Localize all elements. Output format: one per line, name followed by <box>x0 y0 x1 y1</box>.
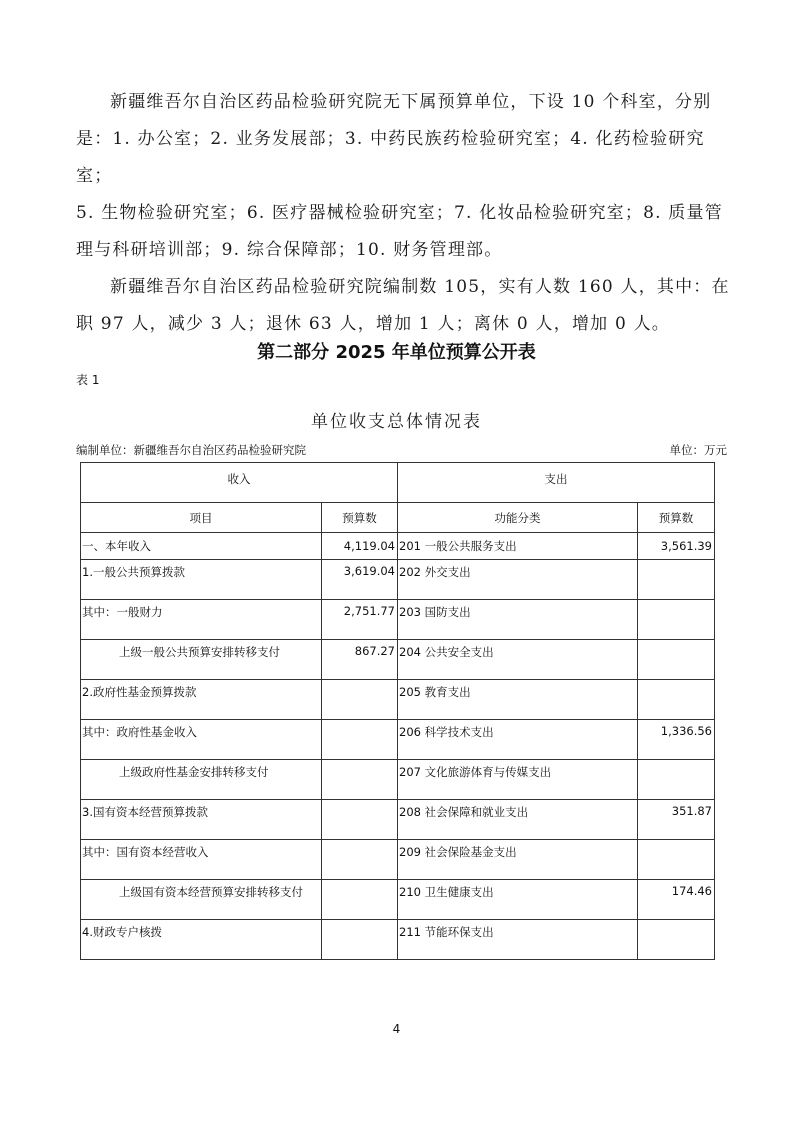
header-income-amount: 预算数 <box>322 503 398 533</box>
income-item: 上级国有资本经营预算安排转移支付 <box>81 880 322 920</box>
income-item: 其中：政府性基金收入 <box>81 720 322 760</box>
table-row: 一、本年收入 4,119.04 201 一般公共服务支出 3,561.39 <box>81 533 715 560</box>
table-row: 1.一般公共预算拨款 3,619.04 202 外交支出 <box>81 560 715 600</box>
text-line: 5. 生物检验研究室；6. 医疗器械检验研究室；7. 化妆品检验研究室；8. 质… <box>76 195 726 232</box>
expenditure-amount <box>638 600 715 640</box>
expenditure-amount: 1,336.56 <box>638 720 715 760</box>
expenditure-item: 203 国防支出 <box>398 600 638 640</box>
income-amount <box>322 880 398 920</box>
currency-unit: 单位：万元 <box>670 441 728 459</box>
expenditure-amount <box>638 560 715 600</box>
expenditure-item: 210 卫生健康支出 <box>398 880 638 920</box>
table-row: 其中：国有资本经营收入 209 社会保险基金支出 <box>81 840 715 880</box>
budget-summary-table: 收入 支出 项目 预算数 功能分类 预算数 一、本年收入 4,119.04 20… <box>80 462 715 960</box>
expenditure-item: 211 节能环保支出 <box>398 920 638 960</box>
table-row: 4.财政专户核拨 211 节能环保支出 <box>81 920 715 960</box>
table-number: 表 1 <box>76 370 99 390</box>
income-amount <box>322 800 398 840</box>
text-line: 理与科研培训部；9. 综合保障部；10. 财务管理部。 <box>76 232 726 269</box>
expenditure-item: 201 一般公共服务支出 <box>398 533 638 560</box>
income-amount <box>322 760 398 800</box>
income-amount <box>322 840 398 880</box>
expenditure-item: 208 社会保障和就业支出 <box>398 800 638 840</box>
expenditure-amount: 3,561.39 <box>638 533 715 560</box>
income-amount: 3,619.04 <box>322 560 398 600</box>
income-item: 其中：一般财力 <box>81 600 322 640</box>
expenditure-amount <box>638 840 715 880</box>
expenditure-amount <box>638 760 715 800</box>
text-line: 室； <box>76 158 726 195</box>
expenditure-item: 204 公共安全支出 <box>398 640 638 680</box>
income-item: 4.财政专户核拨 <box>81 920 322 960</box>
table-row: 2.政府性基金预算拨款 205 教育支出 <box>81 680 715 720</box>
intro-paragraph-staffing: 新疆维吾尔自治区药品检验研究院编制数 105，实有人数 160 人，其中：在 职… <box>76 269 726 343</box>
text-line: 新疆维吾尔自治区药品检验研究院无下属预算单位，下设 10 个科室，分别 <box>76 84 726 121</box>
income-amount <box>322 720 398 760</box>
expenditure-amount: 174.46 <box>638 880 715 920</box>
header-expenditure-amount: 预算数 <box>638 503 715 533</box>
income-item: 2.政府性基金预算拨款 <box>81 680 322 720</box>
table-row: 其中：一般财力 2,751.77 203 国防支出 <box>81 600 715 640</box>
expenditure-item: 209 社会保险基金支出 <box>398 840 638 880</box>
text-line: 新疆维吾尔自治区药品检验研究院编制数 105，实有人数 160 人，其中：在 <box>76 269 726 306</box>
text-line: 是：1. 办公室；2. 业务发展部；3. 中药民族药检验研究室；4. 化药检验研… <box>76 121 726 158</box>
income-amount: 867.27 <box>322 640 398 680</box>
table-row: 3.国有资本经营预算拨款 208 社会保障和就业支出 351.87 <box>81 800 715 840</box>
expenditure-amount: 351.87 <box>638 800 715 840</box>
header-income: 收入 <box>81 463 398 503</box>
income-amount: 2,751.77 <box>322 600 398 640</box>
table-row: 上级一般公共预算安排转移支付 867.27 204 公共安全支出 <box>81 640 715 680</box>
expenditure-amount <box>638 920 715 960</box>
table-row: 上级国有资本经营预算安排转移支付 210 卫生健康支出 174.46 <box>81 880 715 920</box>
intro-paragraph-departments: 新疆维吾尔自治区药品检验研究院无下属预算单位，下设 10 个科室，分别 是：1.… <box>76 84 726 269</box>
expenditure-item: 207 文化旅游体育与传媒支出 <box>398 760 638 800</box>
header-expenditure: 支出 <box>398 463 715 503</box>
compiling-unit: 编制单位：新疆维吾尔自治区药品检验研究院 <box>76 441 306 459</box>
expenditure-amount <box>638 640 715 680</box>
header-item: 项目 <box>81 503 322 533</box>
income-item: 1.一般公共预算拨款 <box>81 560 322 600</box>
income-item: 一、本年收入 <box>81 533 322 560</box>
income-amount <box>322 680 398 720</box>
table-header-row-group: 收入 支出 <box>81 463 715 503</box>
expenditure-item: 206 科学技术支出 <box>398 720 638 760</box>
expenditure-item: 205 教育支出 <box>398 680 638 720</box>
income-item: 其中：国有资本经营收入 <box>81 840 322 880</box>
table-row: 其中：政府性基金收入 206 科学技术支出 1,336.56 <box>81 720 715 760</box>
table-title: 单位收支总体情况表 <box>0 408 793 436</box>
expenditure-amount <box>638 680 715 720</box>
income-amount: 4,119.04 <box>322 533 398 560</box>
header-function: 功能分类 <box>398 503 638 533</box>
table-row: 上级政府性基金安排转移支付 207 文化旅游体育与传媒支出 <box>81 760 715 800</box>
expenditure-item: 202 外交支出 <box>398 560 638 600</box>
income-item: 上级政府性基金安排转移支付 <box>81 760 322 800</box>
table-header-row-columns: 项目 预算数 功能分类 预算数 <box>81 503 715 533</box>
part-title: 第二部分 2025 年单位预算公开表 <box>0 338 793 368</box>
income-item: 上级一般公共预算安排转移支付 <box>81 640 322 680</box>
income-item: 3.国有资本经营预算拨款 <box>81 800 322 840</box>
page-number: 4 <box>0 1022 793 1036</box>
income-amount <box>322 920 398 960</box>
